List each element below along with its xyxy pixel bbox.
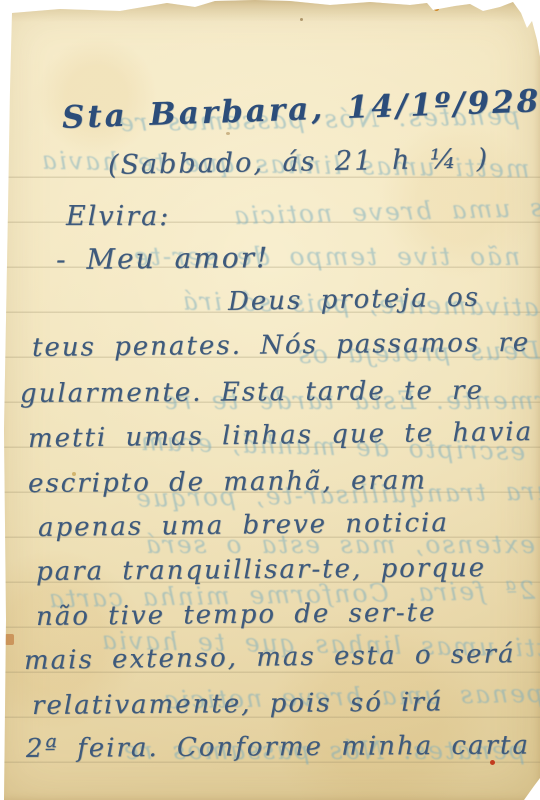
body-line: mais extenso, mas esta o será [24,639,516,676]
body-line: metti umas linhas que te havia [28,417,534,454]
body-line: apenas uma breve noticia [38,508,449,543]
scan-background: teus penates. Nós passamos re metti umas… [0,0,540,800]
body-line: gularmente. Esta tarde te re [20,376,484,409]
body-line: escripto de manhã, eram [28,466,427,499]
body-line: não tive tempo de ser-te [36,598,437,632]
body-line: Deus proteja os [228,283,480,317]
salutation: Elvira: [66,201,170,232]
foxing-speck [226,132,230,135]
letter-paper: teus penates. Nós passamos re metti umas… [0,0,540,800]
body-line: relativamente, pois só irá [32,687,444,721]
foxing-speck [434,7,439,11]
foxing-speck [72,472,76,476]
dateline: Sta Barbara, 14/1º/928 [61,83,540,136]
letter-text: Sta Barbara, 14/1º/928 (Sabbado, ás 21 h… [0,0,540,800]
opening-greeting: - Meu amor! [56,241,270,276]
edge-stain [5,634,14,645]
body-line: teus penates. Nós passamos re [32,328,531,363]
red-ink-speck [490,760,495,765]
body-line: 2ª feira. Conforme minha carta [26,730,530,764]
time-line: (Sabbado, ás 21 h ¼ ) [108,143,490,181]
body-line: para tranquillisar-te, porque [36,553,486,587]
foxing-speck [300,18,303,21]
